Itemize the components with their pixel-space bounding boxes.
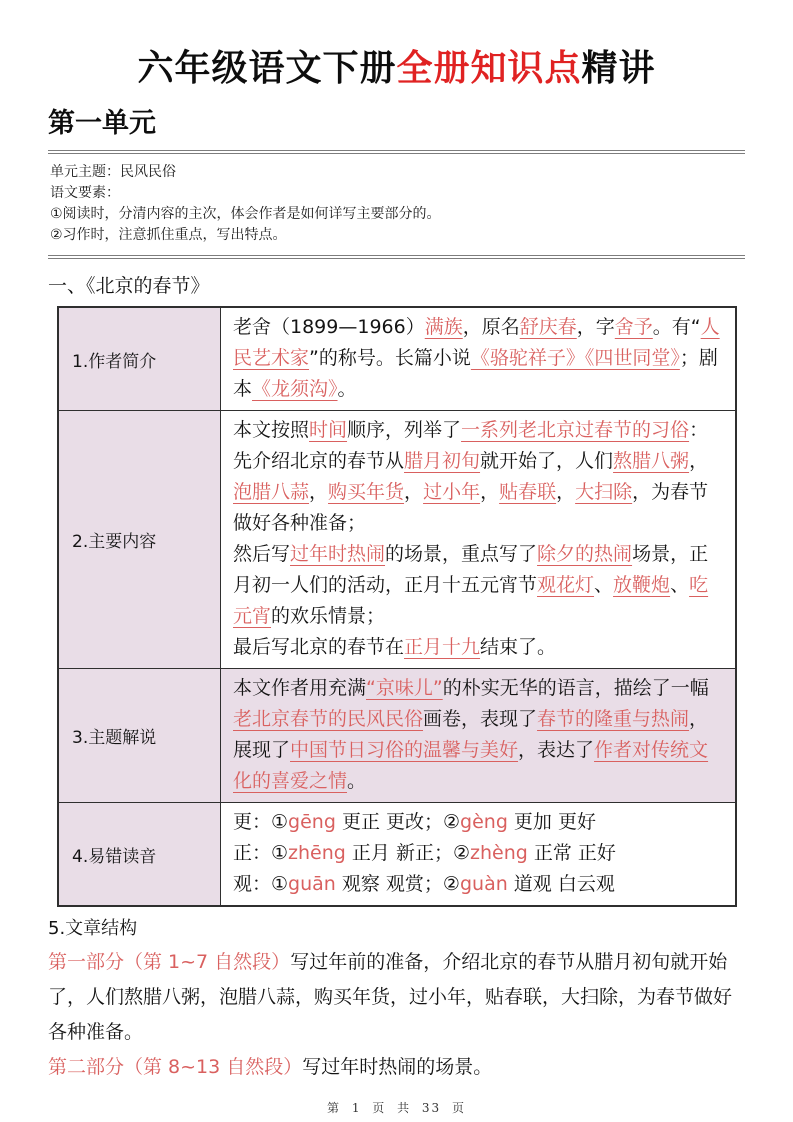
paragraph: 然后写过年时热闹的场景，重点写了除夕的热闹场景，正月初一人们的活动，正月十五元宵…: [233, 539, 725, 632]
paragraph: 更：①gēng 更正 更改；②gèng 更加 更好: [233, 807, 725, 838]
article-structure-section: 5.文章结构 第一部分（第 1~7 自然段）写过年前的准备，介绍北京的春节从腊月…: [48, 913, 745, 1085]
plain-text: 本文作者用充满: [233, 677, 366, 699]
highlighted-text: 第二部分（第 8~13 自然段）: [48, 1056, 302, 1078]
paragraph: 最后写北京的春节在正月十九结束了。: [233, 632, 725, 663]
paragraph: 老舍（1899—1966）满族，原名舒庆春，字舍予。有“人民艺术家”的称号。长篇…: [233, 312, 725, 405]
plain-text: 最后写北京的春节在: [233, 636, 404, 658]
plain-text: ：: [689, 419, 708, 441]
row-content: 老舍（1899—1966）满族，原名舒庆春，字舍予。有“人民艺术家”的称号。长篇…: [221, 307, 737, 411]
plain-text: 老舍（1899—1966）: [233, 316, 425, 338]
plain-text: ，: [480, 481, 499, 503]
highlighted-text: 舒庆春: [520, 316, 577, 338]
plain-text: 本文按照: [233, 419, 309, 441]
plain-text: 正月 新正；②: [346, 842, 470, 864]
highlighted-text: 购买年货: [328, 481, 404, 503]
highlighted-text: 《骆驼祥子》《四世同堂》: [471, 347, 680, 369]
row-label: 2.主要内容: [58, 411, 221, 669]
paragraph: 观：①guān 观察 观赏；②guàn 道观 白云观: [233, 869, 725, 900]
highlighted-text: 老北京春节的民风民俗: [233, 708, 423, 730]
paragraph: 本文按照时间顺序，列举了一系列老北京过春节的习俗：: [233, 415, 725, 446]
highlighted-text: 过小年: [423, 481, 480, 503]
highlighted-text: 满族: [425, 316, 463, 338]
plain-text: 更正 更改；②: [336, 811, 460, 833]
element-item-1: ①阅读时，分清内容的主次，体会作者是如何详写主要部分的。: [50, 204, 743, 225]
highlighted-text: gèng: [460, 811, 508, 833]
highlighted-text: 中国节日习俗的温馨与美好: [290, 739, 518, 761]
plain-text: 更：①: [233, 811, 288, 833]
highlighted-text: “京味儿”: [366, 677, 443, 699]
row-content: 本文作者用充满“京味儿”的朴实无华的语言，描绘了一幅老北京春节的民风民俗画卷，表…: [221, 669, 737, 803]
paragraph: 先介绍北京的春节从腊月初旬就开始了，人们熬腊八粥，泡腊八蒜，购买年货，过小年，贴…: [233, 446, 725, 539]
plain-text: ，表达了: [518, 739, 594, 761]
row-label: 4.易错读音: [58, 803, 221, 907]
plain-text: 六年级语文下册: [137, 48, 396, 89]
plain-text: ，: [556, 481, 575, 503]
highlighted-text: 除夕的热闹: [537, 543, 632, 565]
paragraph: 正：①zhēng 正月 新正；②zhèng 正常 正好: [233, 838, 725, 869]
plain-text: 。: [347, 770, 366, 792]
document-page: 六年级语文下册全册知识点精讲 第一单元 单元主题：民风民俗 语文要素： ①阅读时…: [0, 0, 793, 1122]
horizontal-rule-bottom: [48, 255, 745, 259]
table-row-theme: 3.主题解说 本文作者用充满“京味儿”的朴实无华的语言，描绘了一幅老北京春节的民…: [58, 669, 736, 803]
plain-text: 观察 观赏；②: [336, 873, 460, 895]
unit-theme-line: 单元主题：民风民俗: [50, 162, 743, 183]
plain-text: 、: [670, 574, 689, 596]
highlighted-text: 一系列老北京过春节的习俗: [461, 419, 689, 441]
row-label: 1.作者简介: [58, 307, 221, 411]
highlighted-text: guān: [288, 873, 336, 895]
plain-text: ”的称号。长篇小说: [309, 347, 471, 369]
highlighted-text: guàn: [460, 873, 508, 895]
plain-text: 的朴实无华的语言，描绘了一幅: [443, 677, 709, 699]
chinese-elements-line: 语文要素：: [50, 183, 743, 204]
highlighted-text: 大扫除: [575, 481, 632, 503]
plain-text: 结束了。: [480, 636, 556, 658]
plain-text: 顺序，列举了: [347, 419, 461, 441]
page-number-footer: 第 1 页 共 33 页: [48, 1099, 745, 1116]
structure-heading: 5.文章结构: [48, 913, 745, 945]
paragraph: 本文作者用充满“京味儿”的朴实无华的语言，描绘了一幅老北京春节的民风民俗画卷，表…: [233, 673, 725, 797]
highlighted-text: zhēng: [288, 842, 346, 864]
element-item-2: ②习作时，注意抓住重点，写出特点。: [50, 225, 743, 246]
plain-text: 画卷，表现了: [423, 708, 537, 730]
page-title: 六年级语文下册全册知识点精讲: [48, 40, 745, 91]
plain-text: 写过年时热闹的场景。: [302, 1056, 492, 1078]
highlighted-text: 泡腊八蒜: [233, 481, 309, 503]
unit-heading: 第一单元: [48, 101, 745, 140]
plain-text: 。有“: [653, 316, 701, 338]
highlighted-text: 春节的隆重与热闹: [537, 708, 689, 730]
table-row-author: 1.作者简介 老舍（1899—1966）满族，原名舒庆春，字舍予。有“人民艺术家…: [58, 307, 736, 411]
highlighted-text: 腊月初旬: [404, 450, 480, 472]
plain-text: 的欢乐情景；: [271, 605, 385, 627]
highlighted-text: 熬腊八粥: [613, 450, 689, 472]
plain-text: 就开始了，人们: [480, 450, 613, 472]
structure-part-1: 第一部分（第 1~7 自然段）写过年前的准备，介绍北京的春节从腊月初旬就开始了，…: [48, 945, 745, 1050]
lesson-heading: 一、《北京的春节》: [48, 271, 745, 298]
table-row-pronunciation: 4.易错读音 更：①gēng 更正 更改；②gèng 更加 更好正：①zhēng…: [58, 803, 736, 907]
plain-text: 道观 白云观: [508, 873, 615, 895]
highlighted-text: 全册知识点: [396, 48, 581, 89]
plain-text: 精讲: [582, 48, 656, 89]
plain-text: ，: [309, 481, 328, 503]
row-content: 更：①gēng 更正 更改；②gèng 更加 更好正：①zhēng 正月 新正；…: [221, 803, 737, 907]
plain-text: 、: [594, 574, 613, 596]
unit-theme-box: 单元主题：民风民俗 语文要素： ①阅读时，分清内容的主次，体会作者是如何详写主要…: [48, 154, 745, 255]
plain-text: ，: [689, 450, 708, 472]
highlighted-text: 时间: [309, 419, 347, 441]
plain-text: ，: [404, 481, 423, 503]
highlighted-text: gēng: [288, 811, 336, 833]
plain-text: 先介绍北京的春节从: [233, 450, 404, 472]
table-row-main-content: 2.主要内容 本文按照时间顺序，列举了一系列老北京过春节的习俗：先介绍北京的春节…: [58, 411, 736, 669]
highlighted-text: zhèng: [470, 842, 528, 864]
highlighted-text: 第一部分（第 1~7 自然段）: [48, 951, 290, 973]
plain-text: 正常 正好: [528, 842, 616, 864]
plain-text: 。: [338, 378, 357, 400]
plain-text: ，字: [577, 316, 615, 338]
plain-text: 更加 更好: [508, 811, 596, 833]
highlighted-text: 舍予: [615, 316, 653, 338]
highlighted-text: 正月十九: [404, 636, 480, 658]
highlighted-text: 贴春联: [499, 481, 556, 503]
plain-text: 观：①: [233, 873, 288, 895]
plain-text: 正：①: [233, 842, 288, 864]
plain-text: ，原名: [463, 316, 520, 338]
plain-text: 的场景，重点写了: [385, 543, 537, 565]
highlighted-text: 放鞭炮: [613, 574, 670, 596]
highlighted-text: 过年时热闹: [290, 543, 385, 565]
knowledge-table: 1.作者简介 老舍（1899—1966）满族，原名舒庆春，字舍予。有“人民艺术家…: [57, 306, 737, 907]
plain-text: 然后写: [233, 543, 290, 565]
structure-part-2: 第二部分（第 8~13 自然段）写过年时热闹的场景。: [48, 1050, 745, 1085]
row-label: 3.主题解说: [58, 669, 221, 803]
highlighted-text: 《龙须沟》: [252, 378, 338, 400]
highlighted-text: 观花灯: [537, 574, 594, 596]
row-content: 本文按照时间顺序，列举了一系列老北京过春节的习俗：先介绍北京的春节从腊月初旬就开…: [221, 411, 737, 669]
